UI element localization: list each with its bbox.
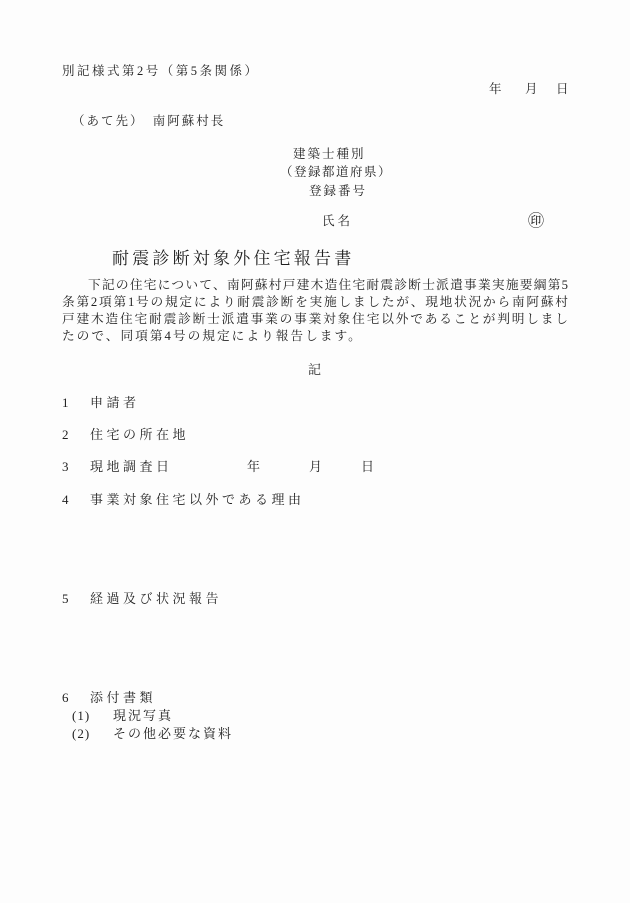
registration-number-label: 登録番号 (309, 181, 367, 199)
item-number: 1 (62, 394, 90, 411)
body-line: 下記の住宅について、南阿蘇村戸建木造住宅耐震診断士派遣事業実施要綱第5 (62, 277, 568, 294)
survey-date-month-label: 月 (309, 458, 322, 475)
body-line: 条第2項第1号の規定により耐震診断を実施しましたが、現地状況から南阿蘇村 (62, 294, 568, 311)
item-label: 添付書類 (90, 690, 156, 705)
body-line: たので、同項第4号の規定により報告します。 (62, 328, 568, 345)
sub-item-label: その他必要な資料 (113, 726, 233, 741)
item-number: 6 (62, 689, 90, 706)
item-label: 事業対象住宅以外である理由 (90, 492, 305, 507)
report-form-page: 別記様式第2号（第5条関係） 年 月 日 （あて先） 南阿蘇村長 建築士種別 （… (0, 0, 630, 903)
item-label: 経過及び状況報告 (90, 591, 222, 606)
list-item-progress-report: 5経過及び状況報告 (62, 590, 222, 607)
seal-icon: ㊞ (528, 208, 544, 231)
registered-prefecture-label: （登録都道府県） (280, 162, 392, 180)
list-item-applicant: 1申請者 (62, 394, 140, 411)
list-item-survey-date: 3現地調査日 年 月 日 (62, 458, 173, 475)
item-label: 住宅の所在地 (90, 427, 189, 442)
issue-date-month-label: 月 (525, 79, 538, 97)
sub-item-label: 現況写真 (113, 708, 173, 723)
name-label: 氏名 (322, 211, 353, 229)
item-number: 4 (62, 491, 90, 508)
list-item-attachments: 6添付書類 (62, 689, 156, 706)
form-number: 別記様式第2号（第5条関係） (62, 61, 260, 79)
sub-item-number: (1) (72, 707, 113, 724)
attachment-item-photos: (1)現況写真 (72, 707, 173, 724)
attachment-item-other-materials: (2)その他必要な資料 (72, 725, 233, 742)
addressee-line: （あて先） 南阿蘇村長 (72, 111, 225, 129)
architect-type-label: 建築士種別 (293, 144, 366, 162)
list-item-exclusion-reason: 4事業対象住宅以外である理由 (62, 491, 305, 508)
issue-date-day-label: 日 (556, 79, 569, 97)
survey-date-year-label: 年 (247, 458, 260, 475)
document-title: 耐震診断対象外住宅報告書 (112, 244, 354, 269)
record-heading: 記 (62, 359, 568, 378)
item-number: 5 (62, 590, 90, 607)
item-label: 申請者 (90, 395, 140, 410)
survey-date-day-label: 日 (361, 458, 374, 475)
item-number: 2 (62, 426, 90, 443)
sub-item-number: (2) (72, 725, 113, 742)
list-item-house-location: 2住宅の所在地 (62, 426, 189, 443)
item-label: 現地調査日 (90, 459, 173, 474)
issue-date-year-label: 年 (489, 79, 502, 97)
item-number: 3 (62, 458, 90, 475)
body-line: 戸建木造住宅耐震診断士派遣事業の事業対象住宅以外であることが判明しまし (62, 311, 568, 328)
body-paragraph: 下記の住宅について、南阿蘇村戸建木造住宅耐震診断士派遣事業実施要綱第5 条第2項… (62, 277, 568, 345)
